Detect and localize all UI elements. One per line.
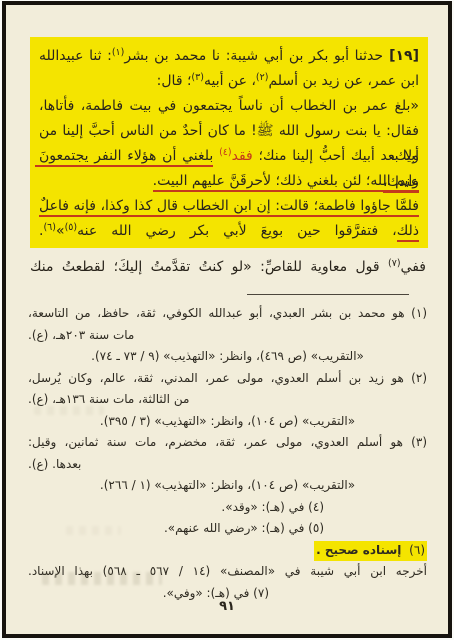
page-frame: [١٩] حدثنا أبو بكر بن أبي شيبة: نا محمد … (2, 1, 452, 638)
text-segment: (٥) في (هـ): «رضي الله عنهم». (164, 521, 324, 535)
text-line: «التقريب» (ص ١٠٤)، وانظر: «التهذيب» (١ /… (28, 475, 427, 497)
text-segment: (٣) هو أسلم العدوي، مولى عمر، ثقة، مخضرم… (28, 435, 427, 449)
footnote-marker: (٤) (219, 147, 232, 158)
text-segment: (٦) (403, 541, 427, 561)
text-segment: [١٩] (383, 48, 419, 64)
text-segment: إسناده صحيح . (314, 541, 403, 561)
text-segment: بعدها. (ع). (28, 457, 81, 471)
text-line: فقال: يا بنت رسول الله ﷺ! ما كان أحدٌ من… (39, 119, 419, 144)
scanned-book-page: [١٩] حدثنا أبو بكر بن أبي شيبة: نا محمد … (0, 0, 454, 640)
bleed-through-artifact (66, 526, 121, 535)
text-line: ففي(٧) قول معاوية للقاصِّ: «لو كنتُ تقدَ… (30, 255, 426, 280)
footnotes-section: (١) هو محمد بن بشر العبدي، أبو عبدالله ا… (28, 303, 427, 604)
text-segment: ولا بعد أبيك أحبُّ إلينا منك؛ (253, 148, 419, 164)
text-segment: ، عن أبيه (204, 73, 256, 89)
text-segment: فقد (232, 148, 253, 164)
text-line: (٦) إسناده صحيح . (28, 540, 427, 562)
text-segment: (٤) في (هـ): «وقد». (221, 500, 324, 514)
text-segment: «التقريب» (ص ١٠٤)، وانظر: «التهذيب» (٣ /… (100, 414, 355, 428)
text-line: مات سنة ٢٠٣هـ، (ع). (28, 325, 427, 347)
text-segment: «بلغ عمر بن الخطاب أن ناساً يجتمعون في ب… (39, 98, 419, 114)
text-segment: حدثنا أبو بكر بن أبي شيبة: نا محمد بن بش… (124, 48, 383, 64)
text-segment: ففي (401, 259, 426, 275)
text-line: (١) هو محمد بن بشر العبدي، أبو عبدالله ا… (28, 303, 427, 325)
text-segment: : ثنا عبيدالله (39, 48, 112, 64)
text-segment: «التقريب» (ص ٤٦٩)، وانظر: «التهذيب» (٩ /… (91, 349, 364, 363)
text-line: [١٩] حدثنا أبو بكر بن أبي شيبة: نا محمد … (39, 44, 419, 69)
footnote-marker: (٣) (191, 72, 204, 83)
text-segment: قول معاوية للقاصِّ: «لو كنتُ تقدَّمتُ إل… (30, 259, 388, 275)
text-segment: من الثالثة، مات سنة ١٣٦هـ، (ع). (28, 392, 189, 406)
bleed-through-artifact (34, 406, 104, 415)
footnote-marker: (٥) (65, 222, 78, 233)
text-segment: ابن عمر، عن زيد بن أسلم (268, 73, 419, 89)
text-segment: ؛ قال: (157, 73, 192, 89)
text-segment: » (56, 223, 65, 239)
footnote-marker: (٢) (256, 72, 269, 83)
text-line: (٣) هو أسلم العدوي، مولى عمر، ثقة، مخضرم… (28, 432, 427, 454)
text-line: وايم الله؛ لئن بلغني ذلك؛ لأحرقَنَّ عليه… (39, 169, 419, 194)
footnote-marker: (١) (112, 47, 125, 58)
text-line: «التقريب» (ص ٤٦٩)، وانظر: «التهذيب» (٩ /… (28, 346, 427, 368)
text-segment: (٧) في (هـ): «وفي». (163, 586, 269, 600)
page-number: ٩١ (6, 599, 448, 614)
text-line: بعدها. (ع). (28, 454, 427, 476)
text-line: فلمَّا جاؤوا فاطمة؛ قالت: إن ابن الخطاب … (39, 194, 419, 219)
text-line: «بلغ عمر بن الخطاب أن ناساً يجتمعون في ب… (39, 94, 419, 119)
red-underlined-text: وايم الله؛ لئن بلغني ذلك؛ لأحرقَنَّ عليه… (153, 173, 419, 192)
hadith-highlight-block: [١٩] حدثنا أبو بكر بن أبي شيبة: نا محمد … (30, 37, 428, 248)
text-segment: (١) هو محمد بن بشر العبدي، أبو عبدالله ا… (28, 306, 427, 320)
text-line: ولا بعد أبيك أحبُّ إلينا منك؛ فقد(٤) بلغ… (39, 144, 419, 169)
text-segment: ، فتفرَّقوا حين بويعَ لأبي بكر رضي الله … (77, 223, 397, 239)
text-line: (٤) في (هـ): «وقد». (28, 497, 324, 519)
footnote-separator (247, 294, 409, 295)
text-line: ذلك، فتفرَّقوا حين بويعَ لأبي بكر رضي ال… (39, 219, 419, 244)
body-paragraph: ففي(٧) قول معاوية للقاصِّ: «لو كنتُ تقدَ… (30, 255, 426, 280)
text-line: ابن عمر، عن زيد بن أسلم(٢)، عن أبيه(٣)؛ … (39, 69, 419, 94)
footnote-marker: (٧) (388, 258, 401, 269)
text-segment: (٢) هو زيد بن أسلم العدوي، مولى عمر، الم… (28, 371, 427, 385)
text-segment: «التقريب» (ص ١٠٤)، وانظر: «التهذيب» (١ /… (100, 478, 355, 492)
red-underlined-text: ذلك (397, 223, 419, 242)
red-underlined-text: فلمَّا جاؤوا فاطمة؛ قالت: إن ابن الخطاب … (39, 198, 419, 217)
bleed-through-artifact (42, 572, 162, 585)
text-segment: مات سنة ٢٠٣هـ، (ع). (28, 328, 134, 342)
footnote-marker: (٦) (43, 222, 56, 233)
text-line: (٢) هو زيد بن أسلم العدوي، مولى عمر، الم… (28, 368, 427, 390)
